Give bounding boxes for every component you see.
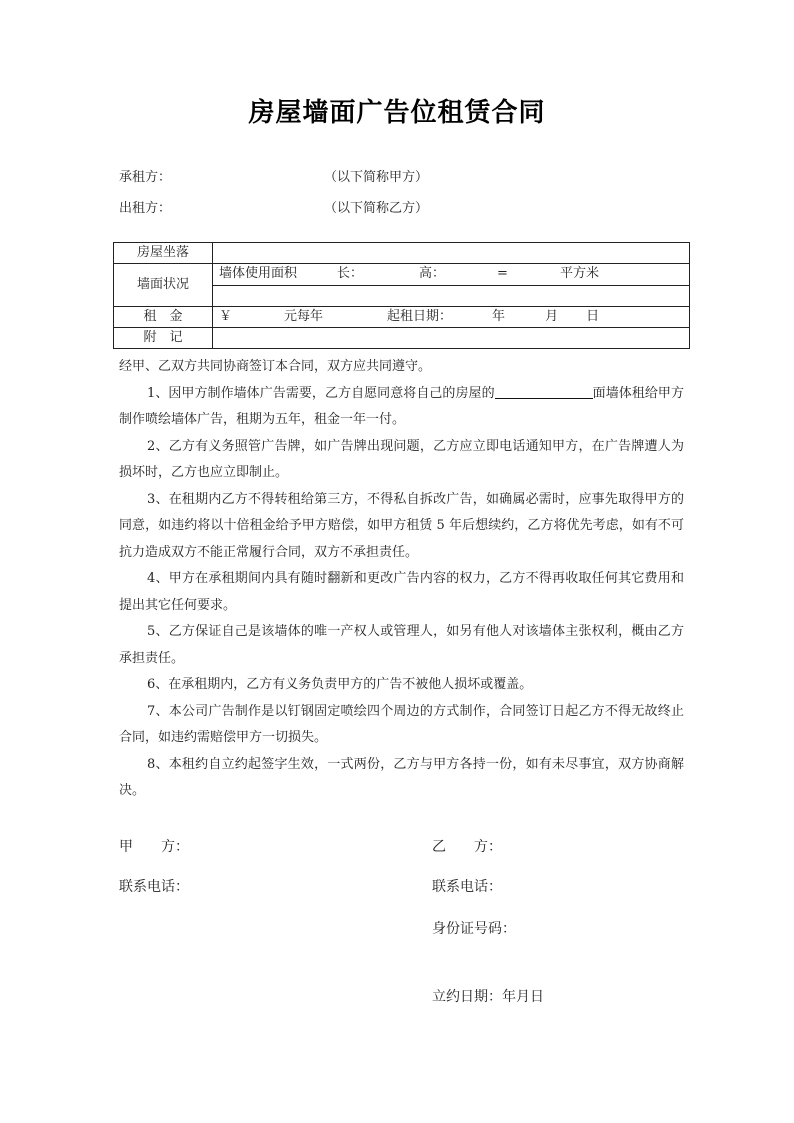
wall-unit: 平方米: [560, 266, 599, 281]
party-b-label: 乙 方：: [432, 836, 502, 856]
lessee-label: 承租方：: [119, 166, 171, 185]
rent-cell[interactable]: ￥元每年起租日期：年月日: [213, 307, 690, 328]
sign-date-label: 立约日期：年月日: [432, 986, 544, 1006]
location-value[interactable]: [213, 243, 690, 264]
note-label: 附 记: [114, 328, 213, 349]
note-value[interactable]: [213, 328, 690, 349]
rent-label: 租 金: [114, 307, 213, 328]
wall-height-label: 高：: [419, 266, 445, 281]
party-b-phone-label: 联系电话：: [432, 876, 502, 896]
day-label: 日: [586, 309, 599, 324]
clause-5: 5、乙方保证自己是该墙体的唯一产权人或管理人，如另有他人对该墙体主张权利，概由乙…: [119, 619, 684, 672]
lessor-label: 出租方：: [119, 197, 171, 216]
contract-page: 房屋墙面广告位租赁合同 承租方： （以下简称甲方） 出租方： （以下简称乙方） …: [0, 0, 794, 1123]
contract-body: 经甲、乙双方共同协商签订本合同，双方应共同遵守。 1、因甲方制作墙体广告需要，乙…: [119, 354, 684, 805]
wall-area-cell[interactable]: 墙体使用面积长：高：=平方米: [213, 264, 690, 286]
lessor-note: （以下简称乙方）: [324, 197, 428, 216]
wall-equals: =: [497, 266, 508, 281]
wall-area-label: 墙体使用面积: [219, 266, 297, 281]
party-b-id-label: 身份证号码：: [432, 918, 516, 938]
wall-direction-blank[interactable]: [495, 384, 593, 399]
location-label: 房屋坐落: [114, 243, 213, 264]
info-table: 房屋坐落 墙面状况 墙体使用面积长：高：=平方米 租 金 ￥元每年起租日期：年月…: [113, 242, 690, 349]
rent-per-year: 元每年: [284, 309, 323, 324]
row-wall: 墙面状况 墙体使用面积长：高：=平方米: [114, 264, 690, 286]
row-location: 房屋坐落: [114, 243, 690, 264]
wall-extra-value[interactable]: [213, 285, 690, 307]
document-title: 房屋墙面广告位租赁合同: [0, 92, 794, 129]
clause-3: 3、在租期内乙方不得转租给第三方，不得私自拆改广告，如确属必需时，应事先取得甲方…: [119, 487, 684, 567]
currency-symbol: ￥: [219, 309, 232, 324]
clause-4: 4、甲方在承租期间内具有随时翻新和更改广告内容的权力，乙方不得再收取任何其它费用…: [119, 566, 684, 619]
clause-6: 6、在承租期内，乙方有义务负责甲方的广告不被他人损坏或覆盖。: [119, 672, 684, 699]
year-label: 年: [492, 309, 505, 324]
row-note: 附 记: [114, 328, 690, 349]
wall-length-label: 长：: [337, 266, 363, 281]
lessee-note: （以下简称甲方）: [324, 166, 428, 185]
start-date-label: 起租日期：: [387, 309, 452, 324]
intro-paragraph: 经甲、乙双方共同协商签订本合同，双方应共同遵守。: [119, 354, 684, 381]
month-label: 月: [545, 309, 558, 324]
clause-1-text-a: 1、因甲方制作墙体广告需要，乙方自愿同意将自己的房屋的: [147, 386, 495, 401]
party-a-phone-label: 联系电话：: [119, 876, 189, 896]
clause-2: 2、乙方有义务照管广告牌，如广告牌出现问题，乙方应立即电话通知甲方，在广告牌遭人…: [119, 434, 684, 487]
wall-label: 墙面状况: [114, 264, 213, 307]
clause-1: 1、因甲方制作墙体广告需要，乙方自愿同意将自己的房屋的面墙体租给甲方制作喷绘墙体…: [119, 381, 684, 434]
party-a-label: 甲 方：: [119, 836, 189, 856]
clause-7: 7、本公司广告制作是以钉钢固定喷绘四个周边的方式制作，合同签订日起乙方不得无故终…: [119, 699, 684, 752]
row-rent: 租 金 ￥元每年起租日期：年月日: [114, 307, 690, 328]
clause-8: 8、本租约自立约起签字生效，一式两份，乙方与甲方各持一份，如有未尽事宜，双方协商…: [119, 752, 684, 805]
